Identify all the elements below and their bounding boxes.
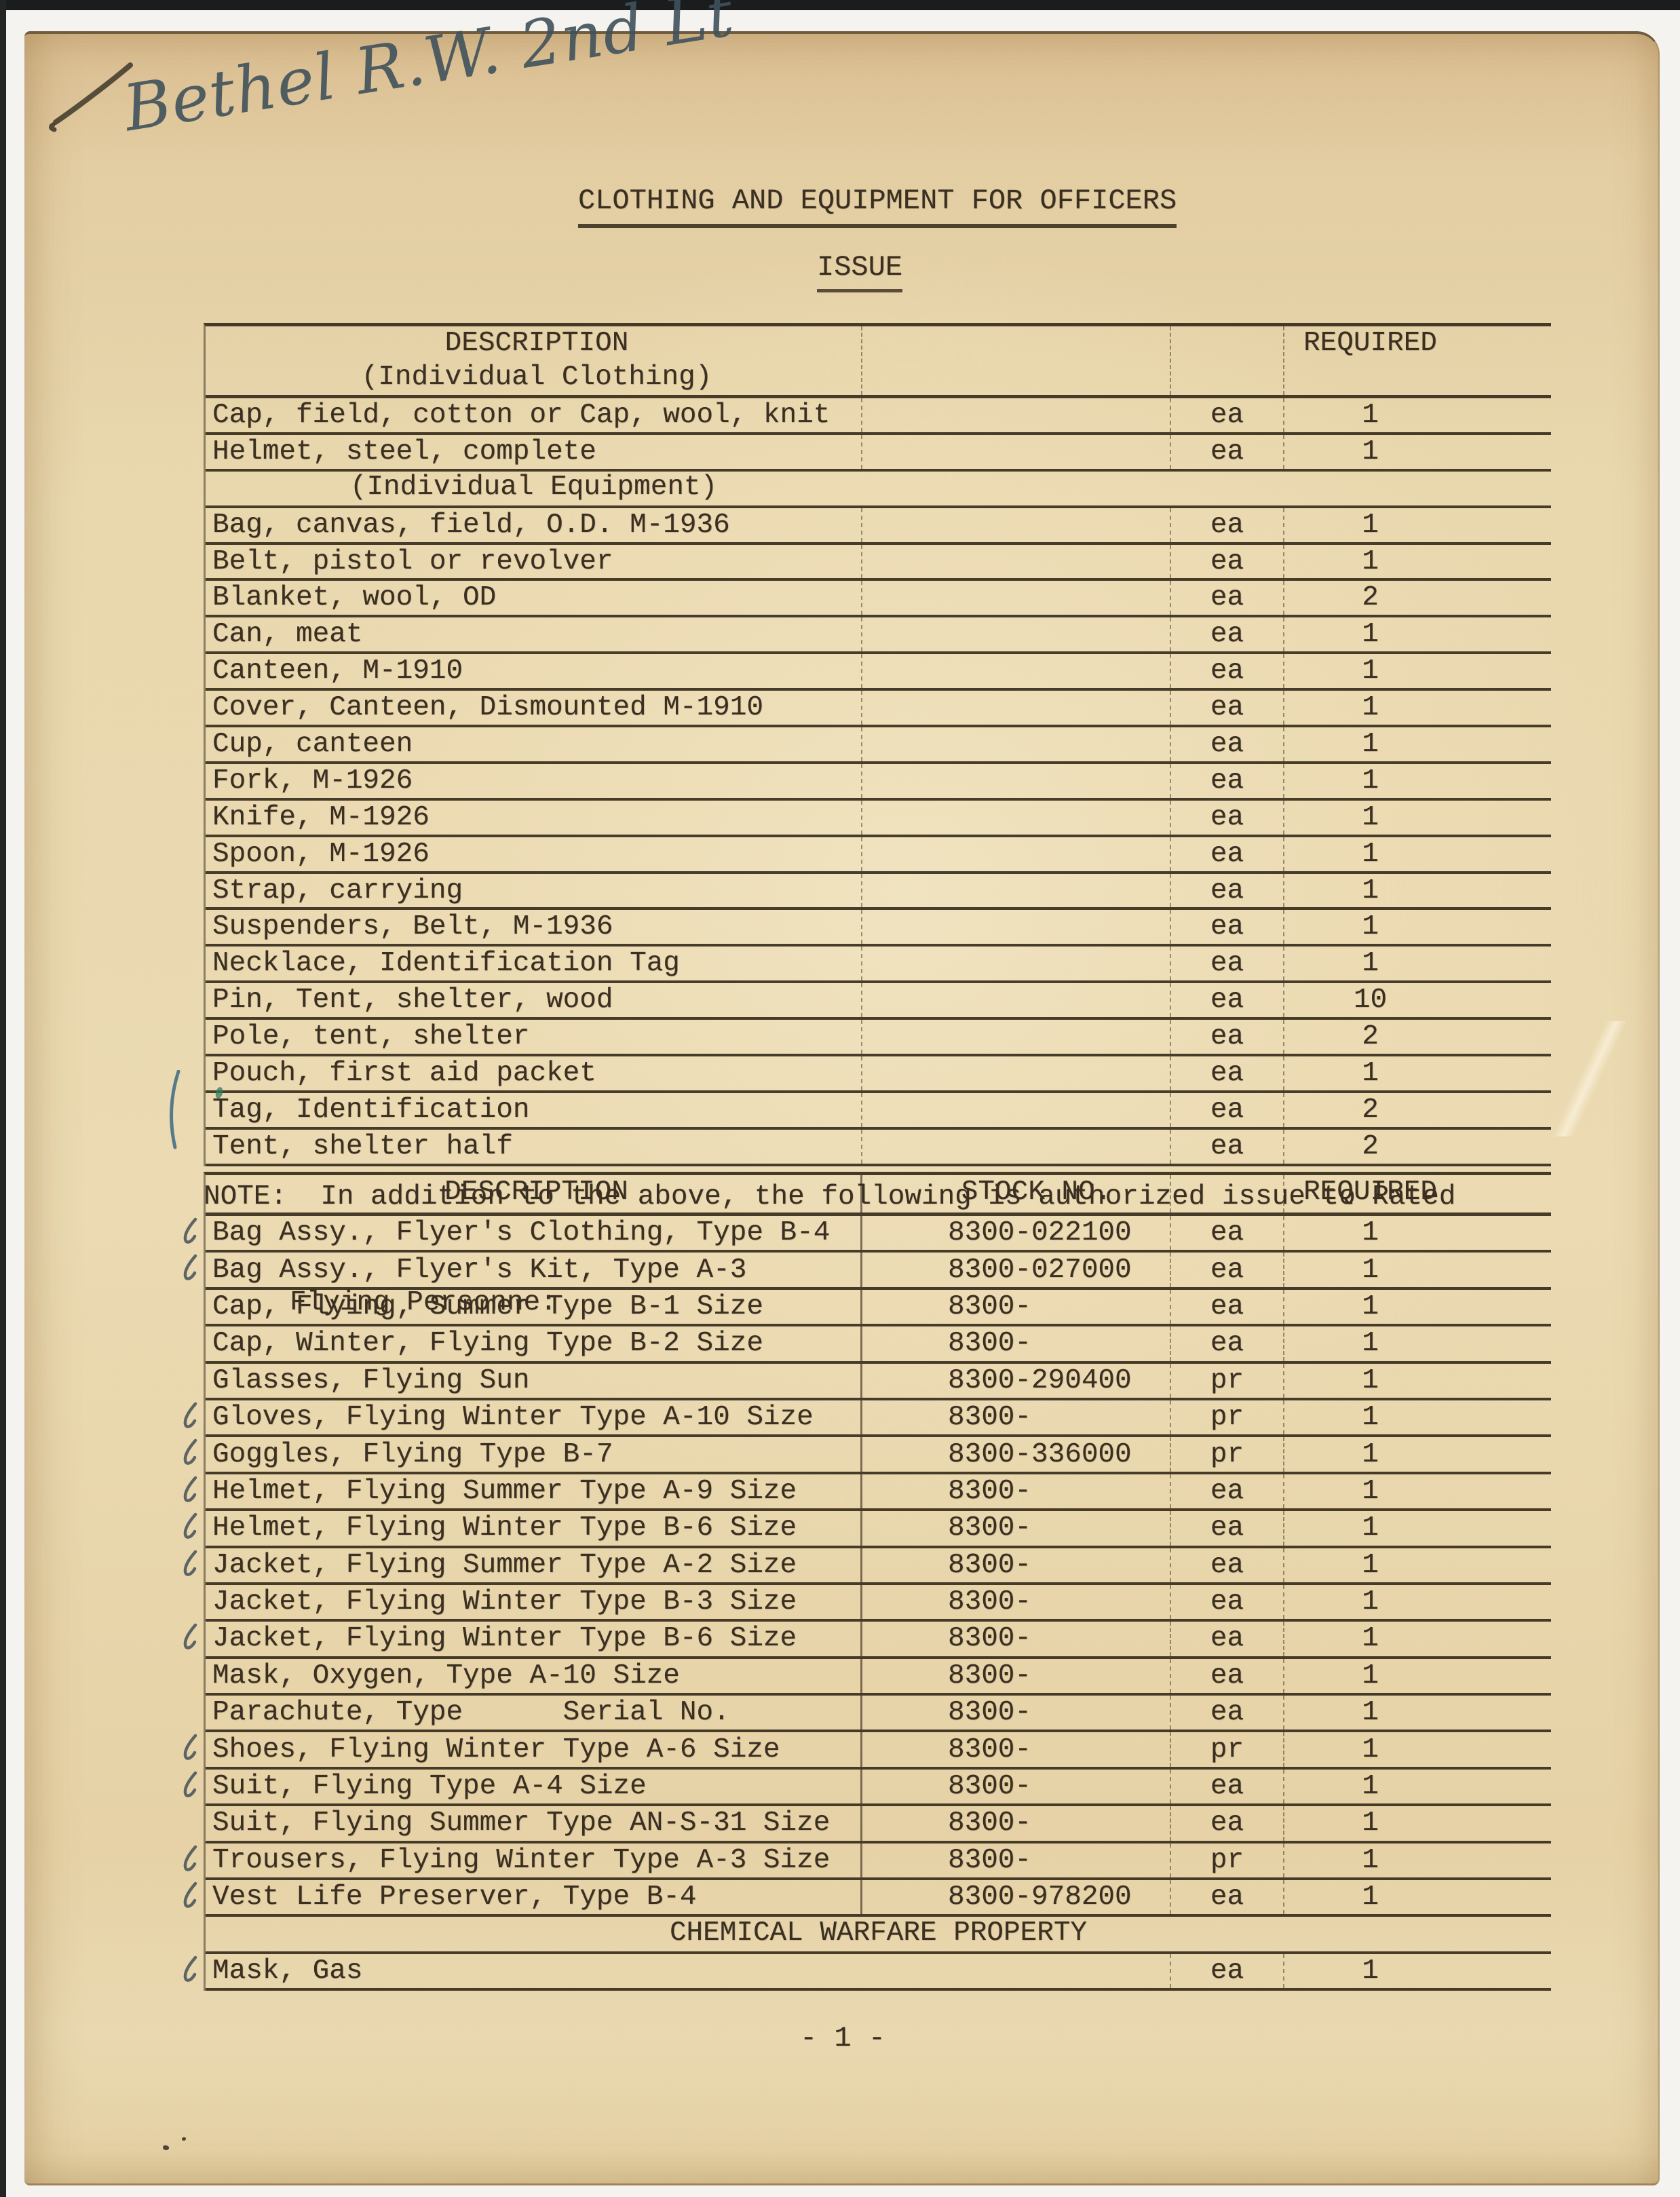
blue-pen-mark-icon (164, 1070, 184, 1150)
unit-cell: pr (1171, 1437, 1284, 1471)
handwritten-checkmark-icon (181, 1734, 199, 1763)
table-row: Mask, Oxygen, Type A-10 Size8300-ea1 (206, 1659, 1551, 1696)
table-row: Jacket, Flying Winter Type B-3 Size8300-… (206, 1585, 1551, 1622)
quantity-required-cell: 1 (1284, 1770, 1551, 1803)
unit-cell: ea (1171, 617, 1284, 651)
quantity-required-cell: 1 (1284, 1437, 1551, 1471)
quantity-required-cell: 1 (1284, 764, 1551, 798)
item-description-cell: Belt, pistol or revolver (206, 545, 862, 579)
unit-cell: ea (1171, 1253, 1284, 1286)
ink-speck (162, 2145, 170, 2152)
item-description-cell: Suspenders, Belt, M-1936 (206, 910, 862, 944)
table-header-row: DESCRIPTION (Individual Clothing) REQUIR… (206, 326, 1551, 398)
item-description-cell: Cover, Canteen, Dismounted M-1910 (206, 691, 862, 725)
table-row: Cover, Canteen, Dismounted M-1910ea1 (206, 691, 1551, 727)
item-description-cell: Jacket, Flying Winter Type B-3 Size (206, 1585, 862, 1619)
item-description-cell: Blanket, wool, OD (206, 581, 862, 615)
unit-cell: pr (1171, 1364, 1284, 1398)
handwritten-checkmark-icon (181, 1771, 199, 1801)
item-description-cell: Goggles, Flying Type B-7 (206, 1437, 862, 1471)
handwritten-checkmark-icon (181, 1550, 199, 1580)
item-description-cell: Bag, canvas, field, O.D. M-1936 (206, 508, 862, 542)
table-row: Knife, M-1926ea1 (206, 801, 1551, 837)
table-row: Helmet, Flying Winter Type B-6 Size8300-… (206, 1511, 1551, 1548)
handwritten-checkmark-icon (181, 1254, 199, 1284)
handwritten-checkmark-icon (181, 1438, 199, 1468)
unit-column-header (1171, 1175, 1284, 1212)
quantity-required-cell: 1 (1284, 1364, 1551, 1398)
required-column-header: REQUIRED (1284, 326, 1551, 395)
stock-number-cell (862, 1954, 1171, 1988)
quantity-required-cell: 1 (1284, 801, 1551, 835)
table-row: Fork, M-1926ea1 (206, 764, 1551, 801)
quantity-required-cell: 1 (1284, 1253, 1551, 1286)
unit-cell: ea (1171, 691, 1284, 725)
table-row: Strap, carryingea1 (206, 874, 1551, 911)
quantity-required-cell: 1 (1284, 947, 1551, 980)
unit-cell: ea (1171, 1585, 1284, 1619)
quantity-required-cell: 1 (1284, 1474, 1551, 1508)
page-number: - 1 - (800, 2022, 885, 2055)
table-row: Helmet, steel, completeea1 (206, 435, 1551, 472)
quantity-required-cell: 1 (1284, 910, 1551, 944)
unit-cell: ea (1171, 1474, 1284, 1508)
blank-cell (862, 617, 1171, 651)
quantity-required-cell: 1 (1284, 1548, 1551, 1582)
stock-number-cell: 8300-290400 (862, 1364, 1171, 1398)
section-header-label: CHEMICAL WARFARE PROPERTY (670, 1917, 1087, 1949)
item-description-cell: Spoon, M-1926 (206, 837, 862, 871)
column-header-required: REQUIRED (1284, 1175, 1456, 1209)
unit-cell: ea (1171, 1056, 1284, 1090)
table-row: Goggles, Flying Type B-78300-336000pr1 (206, 1437, 1551, 1474)
item-description-cell: Pin, Tent, shelter, wood (206, 983, 862, 1017)
handwritten-checkmark-icon (181, 1476, 199, 1506)
individual-clothing-equipment-table: DESCRIPTION (Individual Clothing) REQUIR… (204, 323, 1551, 1166)
stock-number-cell: 8300- (862, 1843, 1171, 1877)
required-column-header: REQUIRED (1284, 1175, 1551, 1212)
scanned-document-page: Bethel R.W. 2nd Lt CLOTHING AND EQUIPMEN… (24, 31, 1660, 2185)
table-row: Suspenders, Belt, M-1936ea1 (206, 910, 1551, 947)
stock-number-cell: 8300- (862, 1770, 1171, 1803)
unit-cell: ea (1171, 801, 1284, 835)
item-description-cell: Jacket, Flying Summer Type A-2 Size (206, 1548, 862, 1582)
table-row: Suit, Flying Summer Type AN-S-31 Size830… (206, 1806, 1551, 1843)
blank-column-header (862, 326, 1171, 395)
item-description-cell: Canteen, M-1910 (206, 654, 862, 688)
stock-number-cell: 8300- (862, 1548, 1171, 1582)
stock-number-cell: 8300- (862, 1732, 1171, 1766)
quantity-required-cell: 2 (1284, 581, 1551, 615)
section-header-label: (Individual Equipment) (350, 472, 717, 503)
quantity-required-cell: 1 (1284, 1290, 1551, 1324)
unit-cell: ea (1171, 727, 1284, 761)
item-description-cell: Knife, M-1926 (206, 801, 862, 835)
table-row: Necklace, Identification Tagea1 (206, 947, 1551, 983)
quantity-required-cell: 1 (1284, 1843, 1551, 1877)
unit-cell: ea (1171, 1770, 1284, 1803)
unit-cell: ea (1171, 1880, 1284, 1914)
unit-cell: ea (1171, 1020, 1284, 1054)
table-row: Can, meatea1 (206, 617, 1551, 654)
handwritten-checkmark-icon (181, 1402, 199, 1432)
unit-cell: ea (1171, 1326, 1284, 1360)
table-row: Bag Assy., Flyer's Kit, Type A-38300-027… (206, 1253, 1551, 1289)
blank-cell (862, 910, 1171, 944)
table-row: Shoes, Flying Winter Type A-6 Size8300-p… (206, 1732, 1551, 1769)
table-body: Bag Assy., Flyer's Clothing, Type B-4830… (206, 1216, 1551, 1991)
item-description-cell: Pouch, first aid packet (206, 1056, 862, 1090)
item-description-cell: Gloves, Flying Winter Type A-10 Size (206, 1400, 862, 1434)
table-row: Belt, pistol or revolverea1 (206, 545, 1551, 581)
quantity-required-cell: 1 (1284, 691, 1551, 725)
section-header-individual-clothing: (Individual Clothing) (212, 360, 861, 394)
table-row: Pin, Tent, shelter, woodea10 (206, 983, 1551, 1020)
quantity-required-cell: 10 (1284, 983, 1551, 1017)
quantity-required-cell: 1 (1284, 545, 1551, 579)
blank-cell (862, 581, 1171, 615)
quantity-required-cell: 1 (1284, 837, 1551, 871)
table-row: Helmet, Flying Summer Type A-9 Size8300-… (206, 1474, 1551, 1511)
unit-cell: ea (1171, 1806, 1284, 1840)
table-row: Canteen, M-1910ea1 (206, 654, 1551, 691)
blank-cell (862, 1020, 1171, 1054)
blank-cell (862, 1056, 1171, 1090)
item-description-cell: Cap, Winter, Flying Type B-2 Size (206, 1326, 862, 1360)
table-row: Cup, canteenea1 (206, 727, 1551, 764)
quantity-required-cell: 1 (1284, 654, 1551, 688)
stock-no-column-header: STOCK NO. (862, 1175, 1171, 1212)
section-header-row: (Individual Equipment) (206, 472, 1551, 508)
blank-cell (862, 435, 1171, 469)
unit-cell: ea (1171, 1548, 1284, 1582)
table-body: Cap, field, cotton or Cap, wool, knitea1… (206, 398, 1551, 1166)
blank-cell (862, 508, 1171, 542)
quantity-required-cell: 1 (1284, 617, 1551, 651)
quantity-required-cell: 1 (1284, 1622, 1551, 1656)
unit-cell: ea (1171, 1216, 1284, 1250)
stock-number-cell: 8300- (862, 1806, 1171, 1840)
blank-cell (862, 874, 1171, 908)
stock-number-cell: 8300- (862, 1326, 1171, 1360)
item-description-cell: Bag Assy., Flyer's Kit, Type A-3 (206, 1253, 862, 1286)
item-description-cell: Suit, Flying Summer Type AN-S-31 Size (206, 1806, 862, 1840)
item-description-cell: Fork, M-1926 (206, 764, 862, 798)
unit-cell: pr (1171, 1732, 1284, 1766)
table-row: Trousers, Flying Winter Type A-3 Size830… (206, 1843, 1551, 1880)
description-column-header: DESCRIPTION (Individual Clothing) (206, 326, 862, 395)
quantity-required-cell: 1 (1284, 1696, 1551, 1730)
quantity-required-cell: 1 (1284, 435, 1551, 469)
unit-cell: ea (1171, 910, 1284, 944)
table-row: Parachute, Type Serial No.8300-ea1 (206, 1696, 1551, 1732)
quantity-required-cell: 1 (1284, 874, 1551, 908)
unit-column-header (1171, 326, 1284, 395)
blank-cell (862, 545, 1171, 579)
unit-cell: ea (1171, 1954, 1284, 1988)
item-description-cell: Pole, tent, shelter (206, 1020, 862, 1054)
table-row: Bag, canvas, field, O.D. M-1936ea1 (206, 508, 1551, 545)
document-subtitle: ISSUE (817, 251, 902, 292)
quantity-required-cell: 1 (1284, 1216, 1551, 1250)
unit-cell: ea (1171, 983, 1284, 1017)
quantity-required-cell: 1 (1284, 727, 1551, 761)
table-row: Spoon, M-1926ea1 (206, 837, 1551, 874)
quantity-required-cell: 1 (1284, 1056, 1551, 1090)
stock-number-cell: 8300-022100 (862, 1216, 1171, 1250)
item-description-cell: Mask, Gas (206, 1954, 862, 1988)
description-column-header: DESCRIPTION (206, 1175, 862, 1212)
table-header-row: DESCRIPTION STOCK NO. REQUIRED (206, 1175, 1551, 1216)
table-row: Gloves, Flying Winter Type A-10 Size8300… (206, 1400, 1551, 1437)
quantity-required-cell: 1 (1284, 1326, 1551, 1360)
unit-cell: ea (1171, 764, 1284, 798)
unit-cell: pr (1171, 1400, 1284, 1434)
unit-cell: ea (1171, 1622, 1284, 1656)
quantity-required-cell: 1 (1284, 1806, 1551, 1840)
blank-cell (862, 727, 1171, 761)
table-row: Cap, field, cotton or Cap, wool, knitea1 (206, 398, 1551, 435)
handwritten-checkmark-icon (181, 1955, 199, 1985)
item-description-cell: Shoes, Flying Winter Type A-6 Size (206, 1732, 862, 1766)
handwritten-checkmark-icon (181, 1512, 199, 1542)
unit-cell: ea (1171, 1290, 1284, 1324)
blank-cell (862, 398, 1171, 432)
item-description-cell: Cup, canteen (206, 727, 862, 761)
stock-number-cell: 8300- (862, 1622, 1171, 1656)
unit-cell: ea (1171, 435, 1284, 469)
quantity-required-cell: 1 (1284, 1954, 1551, 1988)
document-title: CLOTHING AND EQUIPMENT FOR OFFICERS (578, 185, 1177, 228)
stock-number-cell: 8300- (862, 1696, 1171, 1730)
unit-cell: ea (1171, 1511, 1284, 1545)
unit-cell: ea (1171, 508, 1284, 542)
item-description-cell: Helmet, steel, complete (206, 435, 862, 469)
unit-cell: ea (1171, 1696, 1284, 1730)
stock-number-cell: 8300-336000 (862, 1437, 1171, 1471)
table-row: Bag Assy., Flyer's Clothing, Type B-4830… (206, 1216, 1551, 1253)
item-description-cell: Trousers, Flying Winter Type A-3 Size (206, 1843, 862, 1877)
item-description-cell: Jacket, Flying Winter Type B-6 Size (206, 1622, 862, 1656)
quantity-required-cell: 1 (1284, 1585, 1551, 1619)
handwritten-signature: Bethel R.W. 2nd Lt (119, 0, 739, 146)
item-description-cell: Helmet, Flying Summer Type A-9 Size (206, 1474, 862, 1508)
column-header-description: DESCRIPTION (212, 1175, 860, 1209)
table-row: Pouch, first aid packetea1 (206, 1056, 1551, 1093)
column-header-stock-no: STOCK NO. (903, 1175, 1170, 1209)
table-row: Vest Life Preserver, Type B-48300-978200… (206, 1880, 1551, 1917)
table-row: Jacket, Flying Summer Type A-2 Size8300-… (206, 1548, 1551, 1585)
item-description-cell: Suit, Flying Type A-4 Size (206, 1770, 862, 1803)
blank-cell (862, 947, 1171, 980)
handwritten-checkmark-icon (181, 1845, 199, 1875)
table-row: Blanket, wool, ODea2 (206, 581, 1551, 617)
item-description-cell: Cap, Flying, Summer Type B-1 Size (206, 1290, 862, 1324)
table-row: Pole, tent, shelterea2 (206, 1020, 1551, 1056)
item-description-cell: Bag Assy., Flyer's Clothing, Type B-4 (206, 1216, 862, 1250)
table-row: Suit, Flying Type A-4 Size8300-ea1 (206, 1770, 1551, 1806)
item-description-cell: Strap, carrying (206, 874, 862, 908)
unit-cell: ea (1171, 398, 1284, 432)
quantity-required-cell: 1 (1284, 1511, 1551, 1545)
unit-cell: ea (1171, 837, 1284, 871)
blank-cell (862, 983, 1171, 1017)
stock-number-cell: 8300- (862, 1511, 1171, 1545)
handwritten-checkmark-icon (181, 1881, 199, 1911)
unit-cell: pr (1171, 1843, 1284, 1877)
blank-cell (862, 837, 1171, 871)
stock-number-cell: 8300- (862, 1659, 1171, 1693)
blank-cell (862, 654, 1171, 688)
table-row: Jacket, Flying Winter Type B-6 Size8300-… (206, 1622, 1551, 1658)
unit-cell: ea (1171, 1659, 1284, 1693)
quantity-required-cell: 1 (1284, 1880, 1551, 1914)
handwritten-checkmark-icon (181, 1623, 199, 1653)
quantity-required-cell: 1 (1284, 398, 1551, 432)
stock-number-cell: 8300- (862, 1400, 1171, 1434)
column-header-description: DESCRIPTION (212, 326, 861, 360)
blank-cell (862, 764, 1171, 798)
item-description-cell: Glasses, Flying Sun (206, 1364, 862, 1398)
stock-number-cell: 8300- (862, 1585, 1171, 1619)
item-description-cell: Vest Life Preserver, Type B-4 (206, 1880, 862, 1914)
blank-cell (862, 691, 1171, 725)
unit-cell: ea (1171, 581, 1284, 615)
unit-cell: ea (1171, 545, 1284, 579)
quantity-required-cell: 1 (1284, 508, 1551, 542)
table-row: Cap, Flying, Summer Type B-1 Size8300-ea… (206, 1290, 1551, 1326)
ink-speck (182, 2137, 186, 2141)
stock-number-cell: 8300-978200 (862, 1880, 1171, 1914)
handwritten-checkmark-icon (181, 1217, 199, 1247)
stock-number-cell: 8300-027000 (862, 1253, 1171, 1286)
table-row: Cap, Winter, Flying Type B-2 Size8300-ea… (206, 1326, 1551, 1363)
unit-cell: ea (1171, 874, 1284, 908)
item-description-cell: Parachute, Type Serial No. (206, 1696, 862, 1730)
scanner-bed-edge-top (0, 0, 1680, 10)
item-description-cell: Cap, field, cotton or Cap, wool, knit (206, 398, 862, 432)
item-description-cell: Necklace, Identification Tag (206, 947, 862, 980)
item-description-cell: Mask, Oxygen, Type A-10 Size (206, 1659, 862, 1693)
unit-cell: ea (1171, 947, 1284, 980)
stock-number-cell: 8300- (862, 1290, 1171, 1324)
rated-flying-personnel-table: DESCRIPTION STOCK NO. REQUIRED Bag Assy.… (204, 1172, 1551, 1991)
unit-cell: ea (1171, 654, 1284, 688)
table-row: Glasses, Flying Sun8300-290400pr1 (206, 1364, 1551, 1400)
scanner-bed-edge-left (0, 0, 6, 2197)
table-row: Mask, Gasea1 (206, 1954, 1551, 1991)
quantity-required-cell: 1 (1284, 1400, 1551, 1434)
quantity-required-cell: 1 (1284, 1732, 1551, 1766)
quantity-required-cell: 2 (1284, 1020, 1551, 1054)
item-description-cell: Helmet, Flying Winter Type B-6 Size (206, 1511, 862, 1545)
blank-cell (862, 801, 1171, 835)
column-header-required: REQUIRED (1284, 326, 1456, 360)
section-header-row: CHEMICAL WARFARE PROPERTY (206, 1917, 1551, 1953)
item-description-cell: Can, meat (206, 617, 862, 651)
quantity-required-cell: 1 (1284, 1659, 1551, 1693)
stock-number-cell: 8300- (862, 1474, 1171, 1508)
